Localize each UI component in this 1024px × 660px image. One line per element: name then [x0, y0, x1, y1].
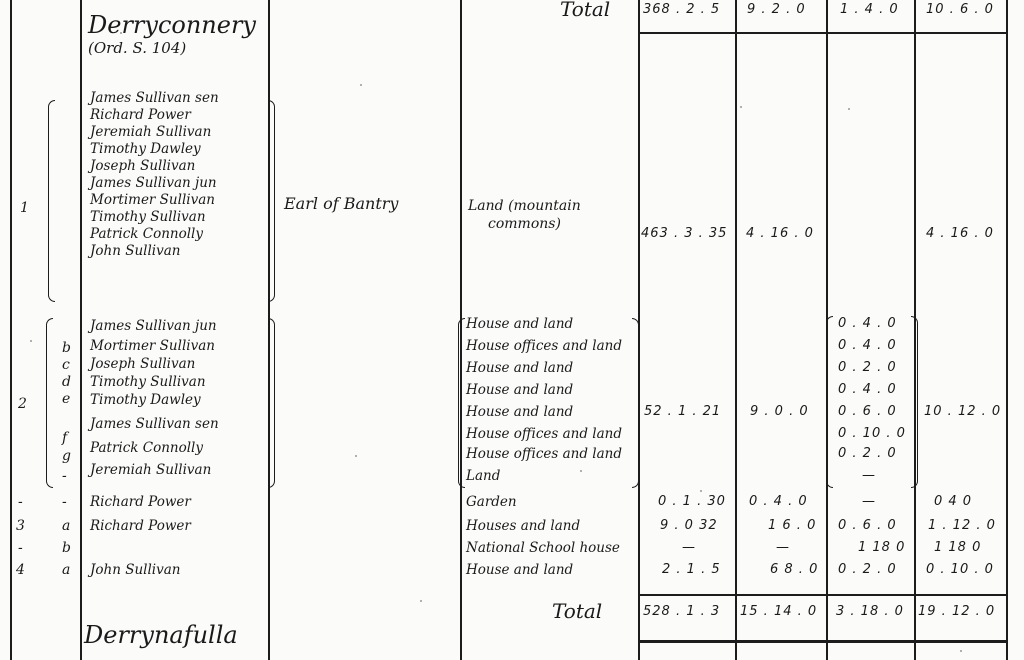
bottom-total-land: 15 . 14 . 0	[740, 604, 817, 620]
top-total-rule	[638, 32, 1008, 34]
ordnance-sheet: (Ord. S. 104)	[88, 40, 186, 56]
scan-speck	[420, 600, 422, 602]
occupier: Patrick Connolly	[90, 440, 203, 456]
occupier: James Sullivan jun	[90, 175, 217, 191]
top-total-area: 368 . 2 . 5	[643, 2, 720, 18]
group-2-occupier-right-brace	[268, 318, 275, 488]
description: House and land	[466, 404, 573, 420]
occupier: Joseph Sullivan	[90, 158, 195, 174]
bottom-total-rule-upper	[638, 594, 1008, 596]
total-value: 0 4 0	[934, 494, 972, 510]
occupier: Jeremiah Sullivan	[90, 124, 211, 140]
occupier: Timothy Sullivan	[90, 209, 206, 225]
total-value: 0 . 10 . 0	[926, 562, 994, 578]
top-total-label: Total	[560, 0, 610, 22]
group-1-left-brace	[48, 100, 55, 302]
column-rule-left	[10, 0, 12, 660]
next-townland-name: Derrynafulla	[84, 622, 238, 648]
occupier: James Sullivan sen	[90, 416, 219, 432]
group-number-1: 1	[20, 200, 29, 216]
buildings-value: 0 . 10 . 0	[838, 426, 906, 442]
row-letter: -	[62, 494, 67, 510]
area-value: 2 . 1 . 5	[662, 562, 721, 578]
group-1-description-line1: Land (mountain	[468, 198, 581, 214]
scan-speck	[700, 490, 702, 492]
area-value: 9 . 0 32	[660, 518, 718, 534]
description: House offices and land	[466, 338, 622, 354]
row-letter: c	[62, 357, 70, 373]
bottom-total-label: Total	[552, 598, 602, 624]
scan-speck	[740, 106, 742, 108]
bottom-total-rule-lower	[638, 640, 1008, 643]
group-2-buildings-right-brace	[911, 316, 918, 488]
top-total-land: 9 . 2 . 0	[747, 2, 806, 18]
occupier: Timothy Dawley	[90, 392, 201, 408]
description: House offices and land	[466, 426, 622, 442]
row-letter: b	[62, 340, 71, 356]
scan-speck	[360, 84, 362, 86]
top-total-total: 10 . 6 . 0	[926, 2, 994, 18]
description: House and land	[466, 562, 573, 578]
group-1-total: 4 . 16 . 0	[926, 226, 994, 242]
area-value: 0 . 1 . 30	[658, 494, 726, 510]
occupier: Richard Power	[90, 494, 191, 510]
land-value: 1 6 . 0	[768, 518, 816, 534]
group-2-total: 10 . 12 . 0	[924, 404, 1001, 420]
row-letter: e	[62, 391, 70, 407]
scan-speck	[120, 32, 122, 34]
row-letter: d	[62, 374, 71, 390]
group-2-description-right-brace	[632, 318, 639, 488]
occupier: John Sullivan	[90, 562, 181, 578]
townland-name: Derryconnery	[88, 12, 256, 38]
description: National School house	[466, 540, 620, 556]
buildings-value: 1 18 0	[858, 540, 905, 556]
occupier: Joseph Sullivan	[90, 356, 195, 372]
buildings-value: 0 . 4 . 0	[838, 382, 897, 398]
scan-speck	[355, 455, 357, 457]
buildings-value: 0 . 6 . 0	[838, 518, 897, 534]
row-number: -	[18, 494, 23, 510]
lessor: Earl of Bantry	[284, 196, 398, 212]
row-letter: a	[62, 562, 70, 578]
column-rule-right	[1006, 0, 1008, 660]
description: Houses and land	[466, 518, 580, 534]
bottom-total-total: 19 . 12 . 0	[918, 604, 995, 620]
occupier: James Sullivan jun	[90, 318, 217, 334]
buildings-value: —	[862, 468, 876, 484]
row-letter: -	[62, 468, 67, 484]
row-letter: b	[62, 540, 71, 556]
occupier: Richard Power	[90, 518, 191, 534]
occupier: James Sullivan sen	[90, 90, 219, 106]
row-number: 4	[16, 562, 25, 578]
group-2-buildings-left-brace	[826, 316, 833, 488]
description: Land	[466, 468, 500, 484]
column-rule-occupier	[80, 0, 82, 660]
bottom-total-buildings: 3 . 18 . 0	[836, 604, 904, 620]
group-2-land: 9 . 0 . 0	[750, 404, 809, 420]
description: House and land	[466, 382, 573, 398]
land-value: 6 8 . 0	[770, 562, 818, 578]
total-value: 1 18 0	[934, 540, 981, 556]
scan-speck	[30, 340, 32, 342]
description: House and land	[466, 360, 573, 376]
buildings-value: —	[862, 494, 876, 510]
group-2-left-brace	[46, 318, 53, 488]
group-1-area: 463 . 3 . 35	[641, 226, 727, 242]
row-letter: a	[62, 518, 70, 534]
row-letter: g	[62, 448, 71, 464]
group-1-land: 4 . 16 . 0	[746, 226, 814, 242]
scan-speck	[960, 650, 962, 652]
buildings-value: 0 . 2 . 0	[838, 446, 897, 462]
group-2-description-left-brace	[458, 318, 465, 488]
bottom-total-area: 528 . 1 . 3	[643, 604, 720, 620]
occupier: Timothy Sullivan	[90, 374, 206, 390]
scan-speck	[580, 470, 582, 472]
description: House offices and land	[466, 446, 622, 462]
group-2-area: 52 . 1 . 21	[644, 404, 721, 420]
group-1-right-brace	[268, 100, 275, 302]
occupier: Mortimer Sullivan	[90, 192, 215, 208]
buildings-value: 0 . 2 . 0	[838, 360, 897, 376]
occupier: Timothy Dawley	[90, 141, 201, 157]
occupier: Mortimer Sullivan	[90, 338, 215, 354]
description: Garden	[466, 494, 517, 510]
area-value: —	[682, 540, 696, 556]
top-total-buildings: 1 . 4 . 0	[840, 2, 899, 18]
land-value: 0 . 4 . 0	[749, 494, 808, 510]
row-number: -	[18, 540, 23, 556]
buildings-value: 0 . 4 . 0	[838, 338, 897, 354]
scan-speck	[848, 108, 850, 110]
row-number: 3	[16, 518, 25, 534]
occupier: John Sullivan	[90, 243, 181, 259]
occupier: Jeremiah Sullivan	[90, 462, 211, 478]
occupier: Patrick Connolly	[90, 226, 203, 242]
buildings-value: 0 . 2 . 0	[838, 562, 897, 578]
total-value: 1 . 12 . 0	[928, 518, 996, 534]
row-letter: f	[62, 430, 67, 446]
description: House and land	[466, 316, 573, 332]
land-value: —	[776, 540, 790, 556]
group-number-2: 2	[18, 396, 27, 412]
column-rule-land	[735, 0, 737, 660]
buildings-value: 0 . 4 . 0	[838, 316, 897, 332]
group-1-description-line2: commons)	[488, 216, 561, 232]
buildings-value: 0 . 6 . 0	[838, 404, 897, 420]
occupier: Richard Power	[90, 107, 191, 123]
